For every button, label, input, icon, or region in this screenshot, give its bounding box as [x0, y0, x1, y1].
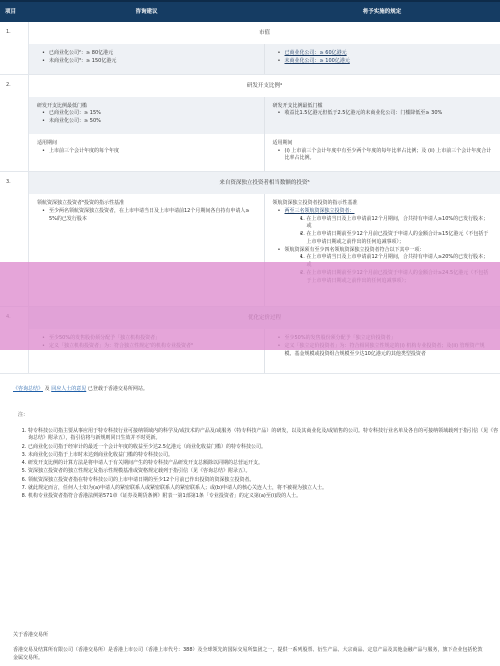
section-market-cap: 1. 市值 已商业化公司²：≥ 80亿港元 未商业化公司³：≥ 150亿港元 已…	[0, 22, 500, 75]
consultation-conclusions-link[interactable]: 《咨询总结》	[13, 386, 43, 392]
about-heading: 关于香港交易所	[13, 632, 487, 640]
section-number: 2.	[0, 75, 29, 172]
cell-subtitle: 领航资深独立投资者投资的指示性基准	[273, 200, 493, 208]
list-item: 已商业化公司：≥ 60亿港元	[285, 50, 493, 58]
list-item: 至少两名领航资深独立投资者，在上市申请当日及上市申请前12个月期间各自持有申请人…	[49, 208, 256, 224]
section-title: 研发开支比例⁴	[29, 75, 500, 97]
list-item: 未商业化公司³：≥ 150亿港元	[49, 58, 256, 66]
consultation-cell: 适用期间 上市前三个会计年度的每个年度	[29, 134, 265, 171]
section-number: 1.	[0, 22, 29, 74]
sub-item: 在上市申请日期前至少12个月前已投资于申请人的金额合计≥15亿港元（不包括于上市…	[307, 231, 493, 247]
consultation-cell: 已商业化公司²：≥ 80亿港元 未商业化公司³：≥ 150亿港元	[29, 44, 265, 74]
cell-subtitle: 领航资深独立投资者⁶投资的指示性基准	[37, 200, 256, 208]
header-consultation: 咨询建议	[29, 8, 264, 17]
about-text: 香港交易及结算所有限公司（香港交易所）是香港上市公司（香港上市代号：388）及全…	[13, 647, 487, 663]
footnote: 资深独立投资者的独立性规定及指示性规模基准或资格规定载列于指引信（见《咨询总结》…	[28, 468, 500, 476]
list-item: 未商业化公司：≥ 100亿港元	[285, 58, 493, 66]
notes-label: 注：	[18, 412, 500, 420]
section-title: 来自资深独立投资者相当数额的投资⁵	[29, 172, 500, 194]
list-item: 已商业化公司：≥ 15%	[49, 110, 256, 118]
responses-link[interactable]: 回应人士的意见	[51, 386, 86, 392]
publication-links: 《咨询总结》 及 回应人士的意见 已登载于香港交易所网站。	[0, 374, 500, 394]
final-rule-cell: 适用期间 (i) 上市前三个会计年度中有至少两个年度的每年比率占比例；及 (ii…	[265, 134, 500, 171]
final-rule-cell: 研发开支比例最低门槛 收益比1.5亿港元但低于2.5亿港元的未商业化公司：门槛降…	[265, 97, 500, 134]
about-hkex: 关于香港交易所 香港交易及结算所有限公司（香港交易所）是香港上市公司（香港上市代…	[13, 632, 487, 662]
section-rd-ratio: 2. 研发开支比例⁴ 研发开支比例最低门槛 已商业化公司：≥ 15% 未商业化公…	[0, 75, 500, 173]
list-item: 未商业化公司：≥ 50%	[49, 118, 256, 126]
table-header: 项目 咨询建议 将予实施的规定	[0, 0, 500, 22]
header-final-rules: 将予实施的规定	[264, 8, 500, 17]
footnote: 已商业化公司指于经审计的最近一个会计年度的收益至少达2.5亿港元（商业化收益门槛…	[28, 444, 500, 452]
footnote: 领航资深独立投资者指在特专科技公司的上市申请日期的至少12个月前已作出投资的资深…	[28, 477, 500, 485]
list-item: 已商业化公司²：≥ 80亿港元	[49, 50, 256, 58]
list-item: 收益比1.5亿港元但低于2.5亿港元的未商业化公司：门槛降低至≥ 30%	[285, 110, 493, 118]
footnotes: 注： 特专科技公司指主要从事应用于特专科技行业可接纳领域内的科学及/或技术的产品…	[0, 394, 500, 501]
footnote: 机构专业投资者指符合香港法例第571章《证券及期货条例》附表一第1部第1条「专业…	[28, 493, 500, 501]
sub-item: 在上市申请当日及上市申请前12个月期间，合共持有申请人≥10%的已发行股本；或	[307, 216, 493, 232]
cell-subtitle: 适用期间	[37, 140, 256, 148]
cell-subtitle: 适用期间	[273, 140, 493, 148]
footnote: 研发开支比例的计算方法是将申请人于有关期间产生的特专科技产品研发开支总额除以同期…	[28, 460, 500, 468]
list-item: 上市前三个会计年度的每个年度	[49, 148, 256, 156]
list-item: 两至三名领航资深独立投资者： 在上市申请当日及上市申请前12个月期间，合共持有申…	[285, 208, 493, 247]
consultation-cell: 研发开支比例最低门槛 已商业化公司：≥ 15% 未商业化公司：≥ 50%	[29, 97, 265, 134]
overlay-banner	[0, 262, 500, 350]
final-rule-cell: 已商业化公司：≥ 60亿港元 未商业化公司：≥ 100亿港元	[265, 44, 500, 74]
footnote: 就此规定而言，任何人士如为(a)申请人的紧密联系人或紧密联系人的紧密联系人；或(…	[28, 485, 500, 493]
list-item: (i) 上市前三个会计年度中有至少两个年度的每年比率占比例；及 (ii) 上市前…	[285, 148, 493, 164]
header-item: 项目	[0, 8, 29, 17]
section-title: 市值	[29, 22, 500, 44]
footnote: 特专科技公司指主要从事应用于特专科技行业可接纳领域内的科学及/或技术的产品及/或…	[28, 428, 500, 444]
footnote: 未商业化公司指于上市时未达到商业化收益门槛的特专科技公司。	[28, 452, 500, 460]
